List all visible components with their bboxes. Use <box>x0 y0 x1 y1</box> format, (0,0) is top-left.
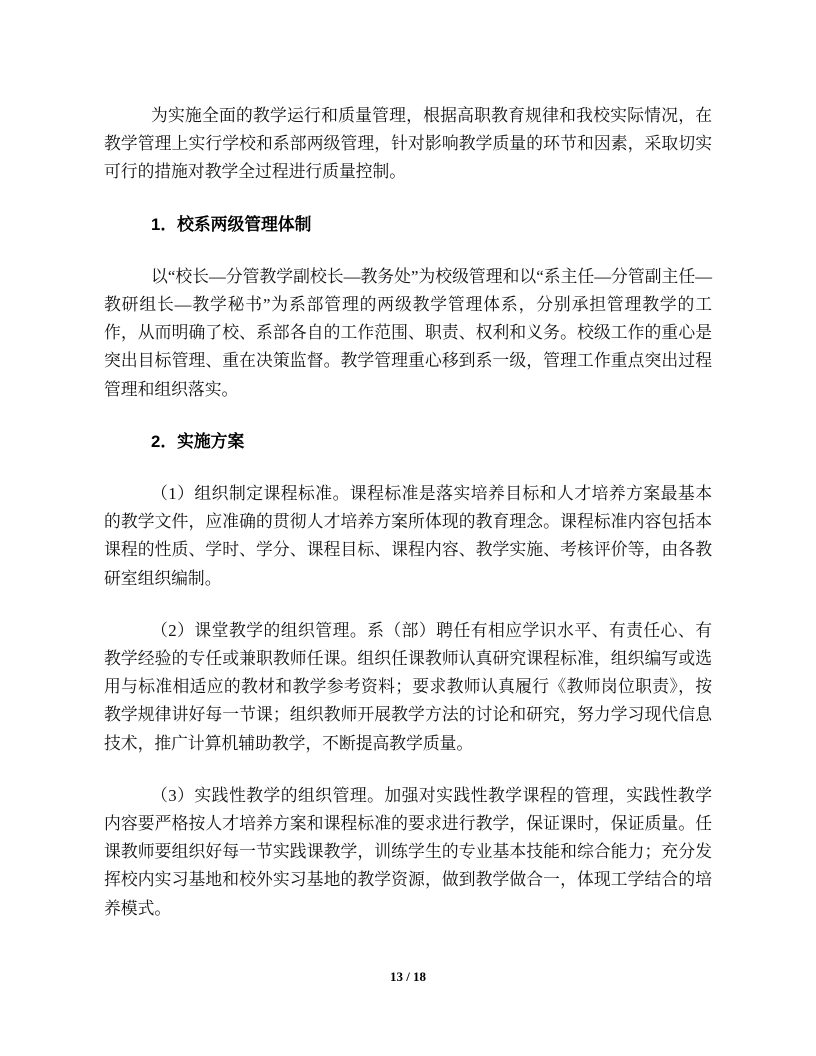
page-number: 13 / 18 <box>390 969 426 984</box>
section-2-paragraph-3: （3）实践性教学的组织管理。加强对实践性教学课程的管理，实践性教学内容要严格按人… <box>104 782 712 923</box>
section-2-heading: 2．实施方案 <box>104 428 712 456</box>
section-1-heading: 1．校系两级管理体制 <box>104 211 712 239</box>
document-content: 为实施全面的教学运行和质量管理，根据高职教育规律和我校实际情况，在教学管理上实行… <box>104 102 712 947</box>
section-2-paragraph-2: （2）课堂教学的组织管理。系（部）聘任有相应学识水平、有责任心、有教学经验的专任… <box>104 617 712 758</box>
section-2-paragraph-1: （1）组织制定课程标准。课程标准是落实培养目标和人才培养方案最基本的教学文件，应… <box>104 480 712 593</box>
section-1-paragraph: 以“校长—分管教学副校长—教务处”为校级管理和以“系主任—分管副主任—教研组长—… <box>104 263 712 404</box>
document-page: 为实施全面的教学运行和质量管理，根据高职教育规律和我校实际情况，在教学管理上实行… <box>0 0 816 1056</box>
page-footer: 13 / 18 <box>0 968 816 986</box>
intro-paragraph: 为实施全面的教学运行和质量管理，根据高职教育规律和我校实际情况，在教学管理上实行… <box>104 102 712 187</box>
